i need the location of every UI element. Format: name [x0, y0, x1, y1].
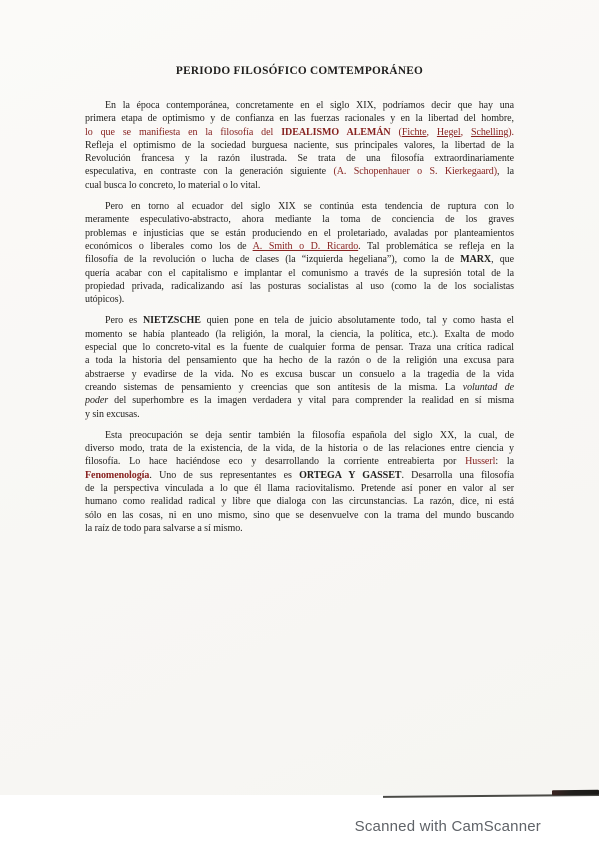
page-title: PERIODO FILOSÓFICO COMTEMPORÁNEO	[85, 65, 514, 77]
text-segment: humano como realidad radical y libre que…	[85, 496, 514, 507]
text-line: Esta preocupación se deja sentir también…	[85, 429, 514, 442]
text-segment: ).	[508, 127, 514, 138]
scan-edge-shadow	[552, 790, 599, 795]
text-segment: de la perspectiva vinculada a lo que él …	[85, 483, 514, 494]
text-line: Fenomenología. Uno de sus representantes…	[85, 469, 514, 482]
text-segment: Pero en torno al ecuador del siglo XIX s…	[105, 201, 514, 212]
text-segment: , la	[497, 166, 514, 177]
text-line: cual busca lo concreto, lo material o lo…	[85, 179, 514, 192]
text-segment: Fenomenología	[85, 470, 149, 481]
text-segment: , que	[491, 254, 514, 265]
text-line: humano como realidad radical y libre que…	[85, 495, 514, 508]
text-line: utópicos).	[85, 293, 514, 306]
text-segment: voluntad de	[463, 382, 514, 393]
text-line: especulativa, en contraste con la genera…	[85, 165, 514, 178]
text-line: de la perspectiva vinculada a lo que él …	[85, 482, 514, 495]
text-segment: ORTEGA Y GASSET	[299, 470, 401, 481]
text-segment: . Tal problemática se refleja en la	[358, 241, 514, 252]
text-segment: ,	[461, 127, 471, 138]
scanned-page: PERIODO FILOSÓFICO COMTEMPORÁNEO En la é…	[0, 0, 599, 795]
text-line: creando sistemas de pensamiento y creenc…	[85, 381, 514, 394]
text-line: Pero es NIETZSCHE quien pone en tela de …	[85, 314, 514, 327]
text-line: diverso modo, trata de la existencia, de…	[85, 442, 514, 455]
text-segment: filosofía de la revolución o lucha de cl…	[85, 254, 460, 265]
text-line: Pero en torno al ecuador del siglo XIX s…	[85, 200, 514, 213]
text-segment: y sin excusas.	[85, 409, 140, 420]
paragraph: En la época contemporánea, concretamente…	[85, 99, 514, 192]
text-segment: A. Smith o D. Ricardo	[253, 241, 359, 252]
text-segment: : la	[495, 456, 514, 467]
text-segment: creando sistemas de pensamiento y creenc…	[85, 382, 463, 393]
paragraph: Pero es NIETZSCHE quien pone en tela de …	[85, 314, 514, 420]
text-segment: problemas e injusticias que se están pro…	[85, 228, 514, 239]
text-segment: especial que lo concreto-vital es la fue…	[85, 342, 514, 353]
text-segment: diverso modo, trata de la existencia, de…	[85, 443, 514, 454]
text-line: quería acabar con el capitalismo e impla…	[85, 267, 514, 280]
text-line: filosofía de la revolución o lucha de cl…	[85, 253, 514, 266]
text-line: meramente especulativo-abstracto, ahora …	[85, 213, 514, 226]
text-segment: quería acabar con el capitalismo e impla…	[85, 268, 514, 279]
text-line: sólo en las cosas, ni en uno mismo, sino…	[85, 509, 514, 522]
text-segment: a toda la historia del pensamiento que h…	[85, 355, 514, 366]
text-segment: . Uno de sus representantes es	[149, 470, 299, 481]
paragraph: Pero en torno al ecuador del siglo XIX s…	[85, 200, 514, 306]
text-line: filosofía. Lo hace haciéndose eco y desa…	[85, 455, 514, 468]
text-line: lo que se manifiesta en la filosofía del…	[85, 126, 514, 139]
text-line: propiedad privada, radicalizando así las…	[85, 280, 514, 293]
text-line: momento se había planteado (la religión,…	[85, 328, 514, 341]
text-segment: lo que se manifiesta en la filosofía del	[85, 127, 281, 138]
text-segment: utópicos).	[85, 294, 124, 305]
text-segment: (A. Schopenhauer o S. Kierkegaard)	[333, 166, 497, 177]
text-segment: En la época contemporánea, concretamente…	[105, 100, 514, 111]
text-line: la raíz de todo para salvarse a sí mismo…	[85, 522, 514, 535]
text-line: abstraerse y evadirse de la vida. No es …	[85, 368, 514, 381]
text-segment: Schelling	[471, 127, 508, 138]
text-segment: Hegel	[437, 127, 461, 138]
text-segment: propiedad privada, radicalizando así las…	[85, 281, 514, 292]
text-line: especial que lo concreto-vital es la fue…	[85, 341, 514, 354]
text-segment: Revolución francesa y la razón ilustrada…	[85, 153, 514, 164]
text-line: Refleja el optimismo de la sociedad burg…	[85, 139, 514, 152]
text-segment: meramente especulativo-abstracto, ahora …	[85, 214, 514, 225]
text-line: problemas e injusticias que se están pro…	[85, 227, 514, 240]
text-segment: abstraerse y evadirse de la vida. No es …	[85, 369, 514, 380]
text-segment: económicos o liberales como los de	[85, 241, 253, 252]
text-line: primera etapa de optimismo y de confianz…	[85, 112, 514, 125]
text-segment: momento se había planteado (la religión,…	[85, 329, 514, 340]
text-line: poder del superhombre es la imagen verda…	[85, 394, 514, 407]
document-body: En la época contemporánea, concretamente…	[85, 99, 514, 543]
text-segment: sólo en las cosas, ni en uno mismo, sino…	[85, 510, 514, 521]
paragraph: Esta preocupación se deja sentir también…	[85, 429, 514, 535]
text-line: Revolución francesa y la razón ilustrada…	[85, 152, 514, 165]
text-segment: la raíz de todo para salvarse a sí mismo…	[85, 523, 243, 534]
text-line: económicos o liberales como los de A. Sm…	[85, 240, 514, 253]
text-segment: Husserl	[465, 456, 495, 467]
text-segment: NIETZSCHE	[143, 315, 201, 326]
text-segment: Refleja el optimismo de la sociedad burg…	[85, 140, 514, 151]
text-segment: quien pone en tela de juicio absolutamen…	[201, 315, 514, 326]
text-segment: cual busca lo concreto, lo material o lo…	[85, 180, 260, 191]
text-segment: ,	[427, 127, 437, 138]
camscanner-watermark: Scanned with CamScanner	[355, 818, 541, 835]
text-line: En la época contemporánea, concretamente…	[85, 99, 514, 112]
text-segment: Pero es	[105, 315, 143, 326]
text-segment: Esta preocupación se deja sentir también…	[105, 430, 514, 441]
text-segment: del superhombre es la imagen verdadera y…	[108, 395, 514, 406]
text-segment: (	[391, 127, 402, 138]
text-segment: poder	[85, 395, 108, 406]
text-line: y sin excusas.	[85, 408, 514, 421]
text-segment: MARX	[460, 254, 491, 265]
text-segment: primera etapa de optimismo y de confianz…	[85, 113, 514, 124]
text-line: a toda la historia del pensamiento que h…	[85, 354, 514, 367]
text-segment: . Desarrolla una filosofía	[401, 470, 514, 481]
text-segment: especulativa, en contraste con la genera…	[85, 166, 333, 177]
text-segment: filosofía. Lo hace haciéndose eco y desa…	[85, 456, 465, 467]
text-segment: IDEALISMO ALEMÁN	[281, 127, 390, 138]
text-segment: Fichte	[402, 127, 427, 138]
